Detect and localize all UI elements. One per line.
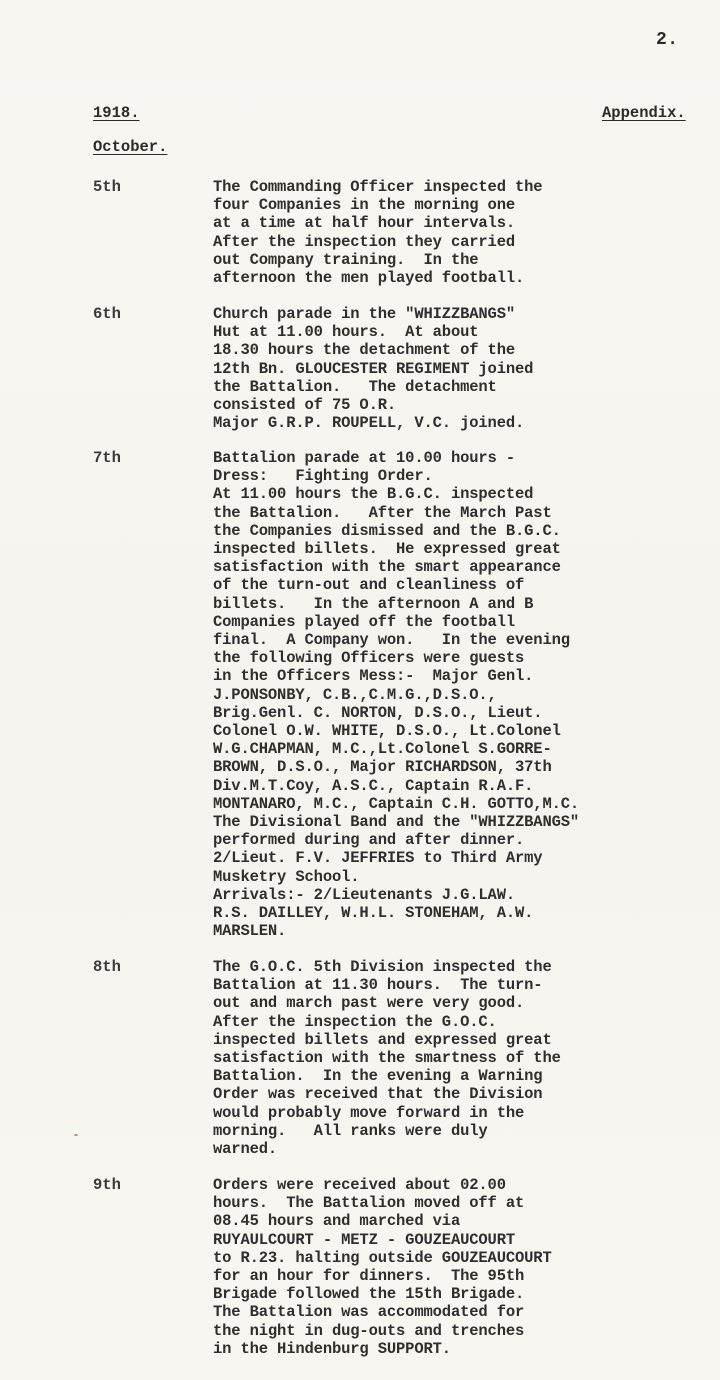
page-number: 2. — [656, 30, 679, 50]
month-heading: October. — [93, 138, 167, 156]
appendix-heading: Appendix. — [602, 104, 686, 122]
document-page: 2. 1918. Appendix. October. 5th The Comm… — [0, 0, 720, 1380]
year-heading: 1918. — [93, 104, 140, 122]
entry-text: Church parade in the "WHIZZBANGS" Hut at… — [213, 305, 713, 432]
entry-date: 6th — [93, 305, 121, 323]
entry-text: Orders were received about 02.00 hours. … — [213, 1176, 713, 1358]
entry-date: 8th — [93, 958, 121, 976]
entry-text: The Commanding Officer inspected the fou… — [213, 178, 713, 287]
entry-text: Battalion parade at 10.00 hours - Dress:… — [213, 449, 713, 940]
entry-date: 5th — [93, 178, 121, 196]
entry-text: The G.O.C. 5th Division inspected the Ba… — [213, 958, 713, 1158]
entry-date: 9th — [93, 1176, 121, 1194]
entry-date: 7th — [93, 449, 121, 467]
paper-blemish — [74, 1134, 78, 1136]
